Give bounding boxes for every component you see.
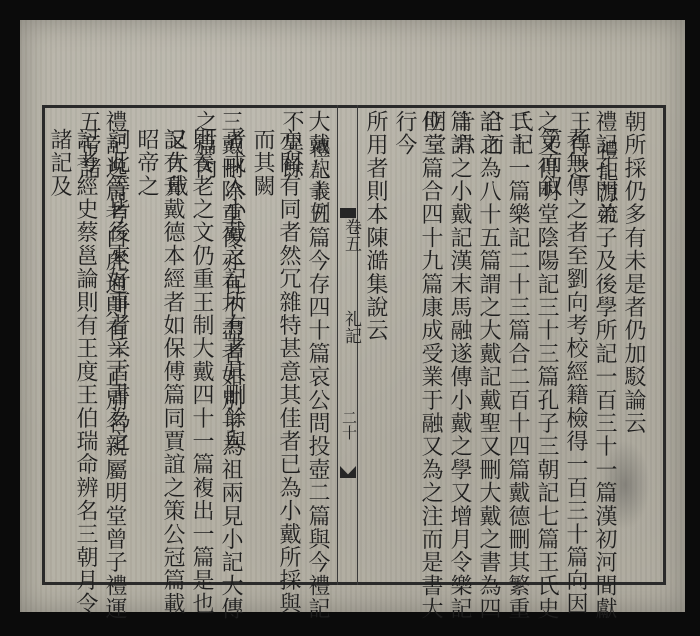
banxin-title: 礼記 bbox=[339, 310, 364, 344]
text-column: 朝所採仍多有未是者仍加駁論云 bbox=[620, 110, 646, 435]
text-column: 記有升戴德本經者如保傅篇同賈誼之策公冠篇載昭帝之 bbox=[133, 128, 185, 636]
text-column: 位三篇合四十九篇康成受業于融又為之注而是書大行今 bbox=[391, 110, 443, 636]
text-column: 亦間有同者然冗雜特甚意其佳者已為小戴所採與而其闕 bbox=[249, 128, 301, 636]
text-column: 記考經史蔡邕論則有王度王伯瑞命辨名三朝月令諸記及 bbox=[46, 128, 98, 636]
upper-fishtail-mark bbox=[340, 208, 356, 218]
banxin-right-line bbox=[357, 105, 358, 585]
banxin-volume: 卷五 bbox=[339, 218, 364, 252]
text-column: 所用者則本陳澔集說云 bbox=[362, 110, 388, 342]
banxin-left-line bbox=[337, 105, 338, 585]
banxin-page-number: 二十 bbox=[339, 410, 360, 440]
